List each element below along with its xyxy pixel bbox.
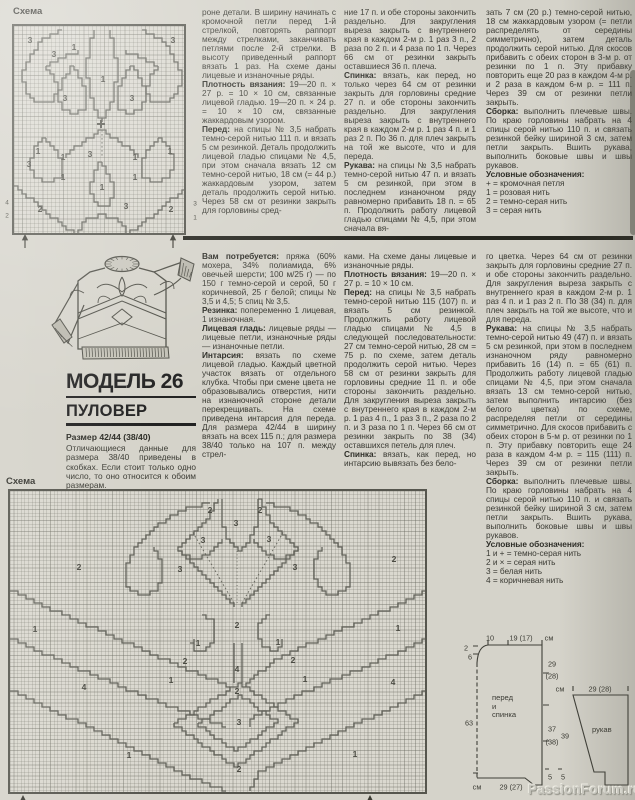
- legend-line: 4 = коричневая нить: [486, 576, 632, 585]
- paragraph-lead: Лицевая гладь:: [202, 323, 266, 333]
- paragraph: ние 17 п. и обе стороны закончить раздел…: [344, 8, 476, 71]
- region-label: 3: [293, 562, 298, 572]
- paragraph: Лицевая гладь: лицевые ряды — лицевые пе…: [202, 324, 336, 351]
- intarsia-chart-drawing: [10, 491, 425, 792]
- paragraph-lead: Вам потребуется:: [202, 251, 279, 261]
- column-top-2: ние 17 п. и обе стороны закончить раздел…: [344, 8, 476, 233]
- paragraph: Сборка: выполнить плечевые швы. По краю …: [486, 107, 632, 170]
- region-label: 1: [61, 152, 66, 162]
- paragraph: Сборка: выполнить плечевые швы. По краю …: [486, 477, 632, 540]
- region-label: 2: [183, 656, 188, 666]
- magazine-page: Схема 31331331131131112324231 роне детал…: [0, 0, 635, 800]
- measure-label: см: [545, 634, 554, 643]
- measure-label: 10: [486, 634, 494, 643]
- region-label: 1: [196, 638, 201, 648]
- region-label: 2: [258, 505, 263, 515]
- region-label: 4: [391, 677, 396, 687]
- legend-line: 3 = серая нить: [486, 206, 632, 215]
- region-label: 2: [169, 204, 174, 214]
- paragraph: Плотность вязания: 19—20 п. × 27 р. = 10…: [344, 270, 476, 288]
- region-label: 1: [36, 146, 41, 156]
- paragraph-lead: Спинка:: [344, 449, 376, 459]
- paragraph: Спинка: вязать, как перед, но только чер…: [344, 71, 476, 161]
- region-label: 4: [235, 664, 240, 674]
- paragraph: Условные обозначения:+ = кромочная петля…: [486, 170, 632, 215]
- paragraph: Перед: на спицы № 3,5 набрать темно-серо…: [202, 125, 336, 215]
- paragraph-lead: Сборка:: [486, 476, 518, 486]
- region-label: 3: [171, 35, 176, 45]
- column-mid-1: Вам потребуется: пряжа (60% мохера, 34% …: [202, 252, 336, 459]
- title-rule: [66, 396, 196, 398]
- region-label: 3: [63, 93, 68, 103]
- paragraph: Вам потребуется: пряжа (60% мохера, 34% …: [202, 252, 336, 306]
- region-label: 1: [127, 750, 132, 760]
- paragraph-lead: Плотность вязания:: [344, 269, 427, 279]
- model-title: МОДЕЛЬ 26: [66, 370, 196, 394]
- region-label: 1: [193, 215, 197, 222]
- region-label: 3: [28, 35, 33, 45]
- front-back-label-line: спинка: [492, 711, 516, 720]
- region-label: 1: [353, 749, 358, 759]
- column-mid-3: го цветка. Через 64 см от резинки закрыт…: [486, 252, 632, 585]
- region-label: 3: [124, 201, 129, 211]
- region-label: 1: [72, 42, 77, 52]
- region-label: 1: [303, 674, 308, 684]
- paragraph: го цветка. Через 64 см от резинки закрыт…: [486, 252, 632, 324]
- region-label: 3: [130, 93, 135, 103]
- paragraph-lead: Перед:: [344, 287, 372, 297]
- column-top-3: зать 7 см (20 р.) темно-серой нитью, 18 …: [486, 8, 632, 215]
- measure-label: см: [473, 783, 482, 792]
- column-mid-2: ками. На схеме даны лицевые и изнаночные…: [344, 252, 476, 468]
- paragraph-lead: Спинка:: [344, 70, 376, 80]
- measure-label: 5: [561, 773, 565, 782]
- paragraph-lead: Сборка:: [486, 106, 518, 116]
- scheme-top-label: Схема: [13, 6, 42, 17]
- region-label: 2: [235, 686, 240, 696]
- region-label: 1: [61, 172, 66, 182]
- paragraph: Рукава: на спицы № 3,5 набрать темно-сер…: [344, 161, 476, 233]
- measure-label: 29 (27): [499, 783, 522, 792]
- measure-label: 37: [548, 725, 556, 734]
- measure-label: 63: [465, 719, 473, 728]
- model-subtitle: ПУЛОВЕР: [66, 402, 196, 421]
- measure-label: 29: [548, 660, 556, 669]
- measure-label: 19 (17): [509, 634, 532, 643]
- region-label: 2: [235, 620, 240, 630]
- paragraph: Условные обозначения:1 и + = темно-серая…: [486, 540, 632, 585]
- paragraph: Рукава: на спицы № 3,5 набрать темно-сер…: [486, 324, 632, 477]
- jacquard-chart: 31331331131131112324231: [12, 24, 186, 235]
- region-label: 4: [82, 682, 87, 692]
- measure-label: 2: [464, 644, 468, 653]
- paragraph-lead: Резинка:: [202, 305, 237, 315]
- jacquard-chart-drawing: [14, 26, 184, 233]
- scheme-bottom-label: Схема: [6, 476, 35, 487]
- pullover-illustration: [50, 251, 195, 371]
- paragraph: ками. На схеме даны лицевые и изнаночные…: [344, 252, 476, 270]
- region-label: 3: [88, 149, 93, 159]
- region-label: 3: [267, 534, 272, 544]
- region-label: 1: [168, 146, 173, 156]
- region-label: 2: [291, 655, 296, 665]
- region-label: 1: [33, 624, 38, 634]
- region-label: 3: [52, 49, 57, 59]
- paragraph-lead: Плотность вязания:: [202, 79, 285, 89]
- region-label: 2: [5, 213, 9, 220]
- section-divider: [183, 236, 633, 240]
- region-label: 1: [396, 623, 401, 633]
- intarsia-chart: 23233233212111224141423112: [8, 489, 427, 794]
- measure-label: 6: [468, 653, 472, 662]
- paragraph: Интарсия: вязать по схеме лицевой гладью…: [202, 351, 336, 459]
- paragraph: роне детали. В ширину начинать с кромочн…: [202, 8, 336, 80]
- region-label: 3: [27, 159, 32, 169]
- size-note: Отличающиеся данные для размера 38/40 пр…: [66, 444, 196, 491]
- paragraph: Перед: на спицы № 3,5 набрать темно-серо…: [344, 288, 476, 450]
- region-label: 1: [276, 637, 281, 647]
- region-label: 3: [237, 717, 242, 727]
- paragraph-lead: Рукава:: [486, 323, 517, 333]
- paragraph: Спинка: вязать, как перед, но интарсию в…: [344, 450, 476, 468]
- column-top-1: роне детали. В ширину начинать с кромочн…: [202, 8, 336, 215]
- region-label: 2: [208, 505, 213, 515]
- region-label: 3: [234, 518, 239, 528]
- subtitle-rule: [66, 423, 196, 425]
- sleeve-label: рукав: [592, 726, 612, 735]
- watermark: PassionForum.ru: [528, 782, 635, 797]
- size-heading: Размер 42/44 (38/40): [66, 432, 196, 442]
- region-label: 1: [100, 182, 105, 192]
- region-label: 4: [5, 200, 9, 207]
- region-label: 3: [193, 201, 197, 208]
- page-edge-shadow: [630, 70, 635, 235]
- measure-label: 29 (28): [588, 685, 611, 694]
- region-label: 1: [169, 675, 174, 685]
- region-label: 1: [133, 152, 138, 162]
- region-label: 2: [392, 554, 397, 564]
- measure-label: 5: [548, 773, 552, 782]
- region-label: 3: [201, 535, 206, 545]
- region-label: 2: [237, 764, 242, 774]
- paragraph-lead: Перед:: [202, 124, 230, 134]
- measure-label: см: [556, 685, 565, 694]
- region-label: 2: [77, 562, 82, 572]
- measure-label: (28): [546, 672, 559, 681]
- paragraph: зать 7 см (20 р.) темно-серой нитью, 18 …: [486, 8, 632, 107]
- model-heading-block: МОДЕЛЬ 26 ПУЛОВЕР Размер 42/44 (38/40) О…: [66, 370, 196, 491]
- region-label: 1: [101, 74, 106, 84]
- paragraph-lead: Рукава:: [344, 160, 375, 170]
- front-back-label: передиспинка: [492, 694, 516, 720]
- region-label: 1: [133, 172, 138, 182]
- region-label: 3: [178, 564, 183, 574]
- pattern-schematics: [428, 633, 635, 800]
- region-label: 2: [38, 204, 43, 214]
- paragraph-lead: Интарсия:: [202, 350, 244, 360]
- measure-label: 39: [561, 732, 569, 741]
- paragraph: Резинка: попеременно 1 лицевая, 1 изнано…: [202, 306, 336, 324]
- measure-label: (38): [546, 738, 559, 747]
- paragraph: Плотность вязания: 19—20 п. × 27 р. = 10…: [202, 80, 336, 125]
